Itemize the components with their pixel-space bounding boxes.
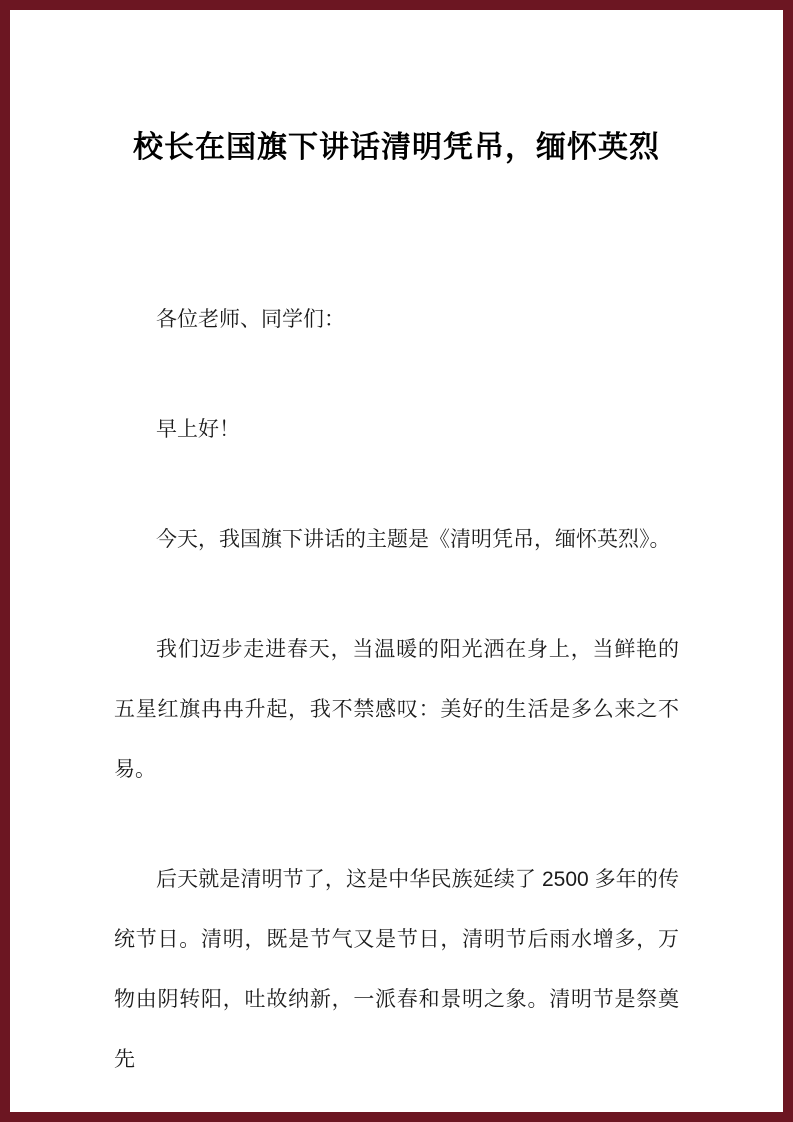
paragraph-theme: 今天，我国旗下讲话的主题是《清明凭吊，缅怀英烈》。 <box>114 510 679 570</box>
document-frame: 校长在国旗下讲话清明凭吊，缅怀英烈 各位老师、同学们： 早上好！ 今天，我国旗下… <box>0 0 793 1122</box>
document-title: 校长在国旗下讲话清明凭吊，缅怀英烈 <box>114 127 679 169</box>
paragraph-spring: 我们迈步走进春天，当温暖的阳光洒在身上，当鲜艳的五星红旗冉冉升起，我不禁感叹：美… <box>114 620 679 800</box>
document-page: 校长在国旗下讲话清明凭吊，缅怀英烈 各位老师、同学们： 早上好！ 今天，我国旗下… <box>10 10 783 1112</box>
paragraph-qingming: 后天就是清明节了，这是中华民族延续了 2500 多年的传统节日。清明，既是节气又… <box>114 850 679 1090</box>
paragraph-greeting: 早上好！ <box>114 400 679 460</box>
paragraph-salutation: 各位老师、同学们： <box>114 290 679 350</box>
